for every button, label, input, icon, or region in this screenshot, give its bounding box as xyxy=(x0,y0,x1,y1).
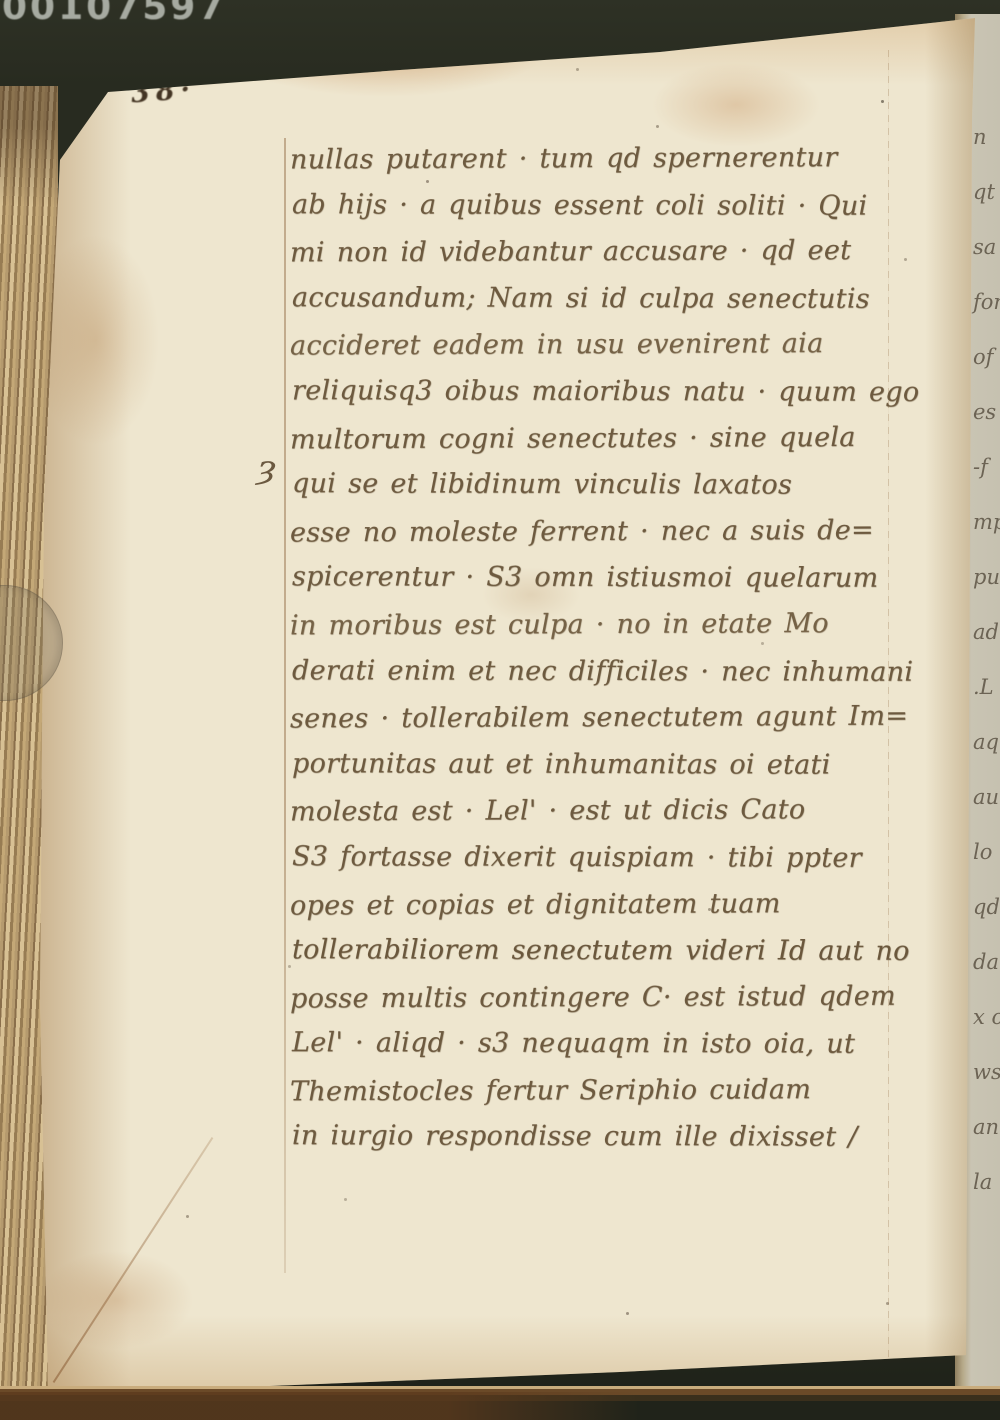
manuscript-line: ab hijs · a quibus essent coli soliti · … xyxy=(292,182,932,230)
manuscript-line: accusandum; Nam si id culpa senectutis xyxy=(292,275,932,323)
manuscript-line: opes et copias et dignitatem tuam xyxy=(290,880,930,929)
manuscript-line: in iurgio respondisse cum ille dixisset … xyxy=(292,1114,932,1162)
manuscript-line: portunitas aut et inhumanitas oi etati xyxy=(292,741,932,789)
manuscript-text-block: nullas putarent · tum qd spernerentur ab… xyxy=(290,136,930,1161)
manuscript-line: tollerabiliorem senectutem videri Id aut… xyxy=(292,927,932,975)
book-bottom-edge xyxy=(0,1386,1000,1420)
manuscript-line: spicerentur · S3 omn istiusmoi quelarum xyxy=(292,555,932,603)
manuscript-line: reliquisq3 oibus maioribus natu · quum e… xyxy=(292,368,932,416)
manuscript-line: senes · tollerabilem senectutem agunt Im… xyxy=(290,694,930,743)
manuscript-photo: 00107597 n qt sa for of es -f mp pu ad .… xyxy=(0,0,1000,1420)
folio-mark: 38· xyxy=(130,74,197,109)
shelfmark-label: 00107597 xyxy=(2,0,226,28)
manuscript-line: in moribus est culpa · no in etate Mo xyxy=(290,601,930,650)
manuscript-line: Themistocles fertur Seriphio cuidam xyxy=(290,1066,930,1115)
manuscript-line: qui se et libidinum vinculis laxatos xyxy=(292,461,932,509)
manuscript-line: esse no moleste ferrent · nec a suis de= xyxy=(290,507,930,556)
manuscript-line: accideret eadem in usu evenirent aia xyxy=(290,321,930,370)
manuscript-line: S3 fortasse dixerit quispiam · tibi ppte… xyxy=(292,834,932,882)
page-crease xyxy=(53,1137,214,1383)
manuscript-line: mi non id videbantur accusare · qd eet xyxy=(290,228,930,277)
left-margin-ruling xyxy=(284,138,286,1273)
manuscript-page: 38· ȝ nullas putarent · tum qd sperneren… xyxy=(36,10,980,1400)
manuscript-line: nullas putarent · tum qd spernerentur xyxy=(290,135,930,184)
book-cover-edge xyxy=(0,1392,640,1420)
manuscript-line: derati enim et nec difficiles · nec inhu… xyxy=(292,648,932,696)
manuscript-line: multorum cogni senectutes · sine quela xyxy=(290,414,930,463)
manuscript-line: posse multis contingere C· est istud qde… xyxy=(290,973,930,1022)
manuscript-line: Lel' · aliqd · s3 nequaqm in isto oia, u… xyxy=(292,1020,932,1068)
manuscript-line: molesta est · Lel' · est ut dicis Cato xyxy=(290,787,930,836)
marginal-paragraph-mark: ȝ xyxy=(256,447,278,489)
